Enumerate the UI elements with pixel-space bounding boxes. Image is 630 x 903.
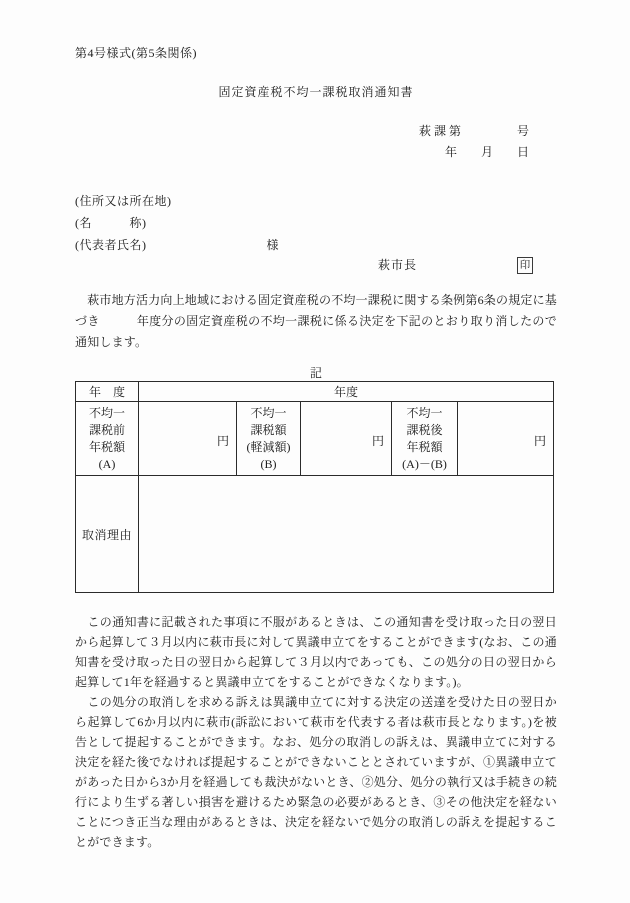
seal-mark: 印 xyxy=(517,257,533,274)
reduction-label: 不均一 課税額 (軽減額) (B) xyxy=(237,402,301,476)
date-day-label: 日 xyxy=(517,142,529,163)
date-month-label: 月 xyxy=(481,142,493,163)
before-tax-label: 不均一 課税前 年税額 (A) xyxy=(76,402,139,476)
page-title: 固定資産税不均一課税取消通知書 xyxy=(75,84,557,100)
representative-label: (代表者氏名) xyxy=(75,234,263,256)
document-page: 第4号様式(第5条関係) 固定資産税不均一課税取消通知書 萩 課 第 号 年 月… xyxy=(0,0,630,903)
year-row-label: 年 度 xyxy=(76,382,139,402)
appeal-note: この通知書に記載された事項に不服があるときは、この通知書を受け取った日の翌日から… xyxy=(75,612,557,692)
date-line: 年 月 日 xyxy=(75,142,529,163)
form-number: 第4号様式(第5条関係) xyxy=(75,44,557,62)
ref-block: 萩 課 第 号 年 月 日 xyxy=(75,121,557,163)
tax-table: 年 度 年度 不均一 課税前 年税額 (A) 円 不均一 課税額 (軽減額) (… xyxy=(75,381,554,593)
table-year-row: 年 度 年度 xyxy=(76,382,554,402)
representative-line: (代表者氏名) 様 xyxy=(75,234,557,256)
after-tax-label: 不均一 課税後 年税額 (A)－(B) xyxy=(392,402,458,476)
after-tax-value-cell: 円 xyxy=(458,402,554,476)
table-amount-row: 不均一 課税前 年税額 (A) 円 不均一 課税額 (軽減額) (B) 円 不均… xyxy=(76,402,554,476)
notification-body: 萩市地方活力向上地域における固定資産税の不均一課税に関する条例第6条の規定に基づ… xyxy=(75,290,557,353)
reason-value-cell xyxy=(139,476,554,593)
address-label: (住所又は所在地) xyxy=(75,190,557,212)
doc-number-suffix: 号 xyxy=(517,121,529,142)
table-reason-row: 取消理由 xyxy=(76,476,554,593)
year-value-cell: 年度 xyxy=(139,382,554,402)
before-tax-value-cell: 円 xyxy=(139,402,237,476)
name-label: (名 称) xyxy=(75,212,557,234)
doc-number-line: 萩 課 第 号 xyxy=(75,121,529,142)
mayor-name: 萩市長 xyxy=(378,256,417,275)
recipient-block: (住所又は所在地) (名 称) (代表者氏名) 様 xyxy=(75,190,557,256)
reason-label: 取消理由 xyxy=(76,476,139,593)
honorific: 様 xyxy=(267,238,280,252)
notes-block: この通知書に記載された事項に不服があるときは、この通知書を受け取った日の翌日から… xyxy=(75,612,557,852)
doc-number-prefix: 萩 課 第 xyxy=(419,121,461,142)
lawsuit-note: この処分の取消しを求める訴えは異議申立てに対する決定の送達を受けた日の翌日から起… xyxy=(75,692,557,852)
record-mark: 記 xyxy=(75,365,557,381)
date-year-label: 年 xyxy=(445,142,457,163)
reduction-value-cell: 円 xyxy=(301,402,392,476)
sender-line: 萩市長 印 xyxy=(75,256,557,275)
